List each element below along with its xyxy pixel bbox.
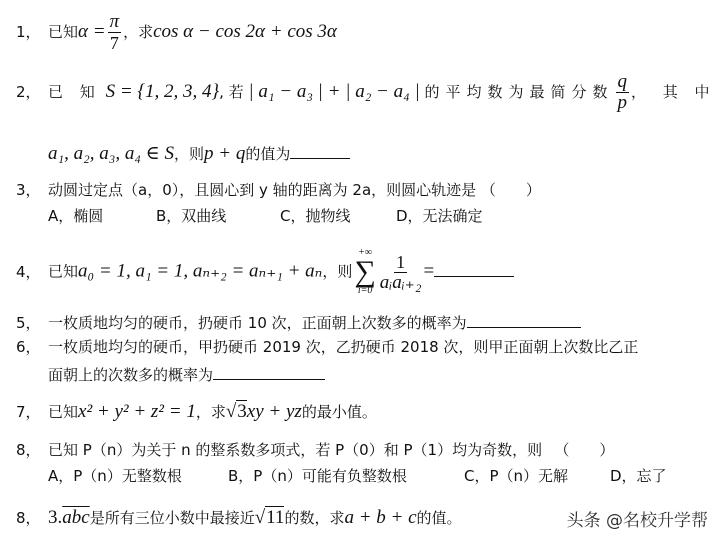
answer-blank[interactable] (213, 363, 325, 380)
question-8a-options: A，P（n）无整数根B，P（n）可能有负整数根C，P（n）无解D，忘了 (48, 466, 667, 486)
summation: +∞∑i=0 (354, 248, 375, 296)
answer-blank[interactable] (434, 260, 514, 277)
answer-blank[interactable] (290, 142, 350, 159)
question-4: 4，已知a₀ = 1, a₁ = 1, aₙ₊₂ = aₙ₊₁ + aₙ，则+∞… (16, 248, 514, 296)
sqrt-icon: √ (226, 401, 236, 422)
question-3: 3，动圆过定点（a，0），且圆心到 y 轴的距离为 2a，则圆心轨迹是 （ ） (16, 180, 541, 200)
option-c: C，抛物线 (280, 206, 396, 226)
answer-blank[interactable] (467, 311, 581, 328)
fraction: qp (616, 72, 630, 113)
question-2: 2，已 知 S = {1, 2, 3, 4}, 若 | a₁ − a₃ | + … (16, 72, 716, 113)
option-b: B，双曲线 (156, 206, 280, 226)
watermark: 头条 @名校升学帮 (567, 506, 708, 531)
question-8a: 8，已知 P（n）为关于 n 的整系数多项式，若 P（0）和 P（1）均为奇数，… (16, 440, 614, 460)
question-6: 6，一枚质地均匀的硬币，甲扔硬币 2019 次，乙扔硬币 2018 次，则甲正面… (16, 337, 638, 357)
option-d: D，忘了 (610, 466, 667, 486)
question-8b: 8，3.abc是所有三位小数中最接近√11的数，求a + b + c的值。 (16, 508, 462, 528)
option-a: A，P（n）无整数根 (48, 466, 228, 486)
option-b: B，P（n）可能有负整数根 (228, 466, 464, 486)
question-2-line-2: a₁, a₂, a₃, a₄ ∈ S，则p + q的值为 (48, 142, 350, 164)
question-7: 7，已知x² + y² + z² = 1，求√3xy + yz的最小值。 (16, 402, 377, 422)
question-6-line-2: 面朝上的次数多的概率为 (48, 363, 325, 385)
question-1: 1，已知α =π7，求cos α − cos 2α + cos 3α (16, 12, 337, 53)
fraction: π7 (108, 12, 122, 53)
question-5: 5，一枚质地均匀的硬币，扔硬币 10 次，正面朝上次数多的概率为 (16, 311, 581, 333)
option-c: C，P（n）无解 (464, 466, 610, 486)
question-number: 1， (16, 22, 48, 42)
question-3-options: A，椭圆B，双曲线C，抛物线D，无法确定 (48, 206, 483, 226)
option-a: A，椭圆 (48, 206, 156, 226)
fraction: 1aᵢaᵢ₊₂ (380, 252, 422, 293)
option-d: D，无法确定 (396, 206, 483, 226)
sqrt-icon: √ (255, 507, 265, 528)
